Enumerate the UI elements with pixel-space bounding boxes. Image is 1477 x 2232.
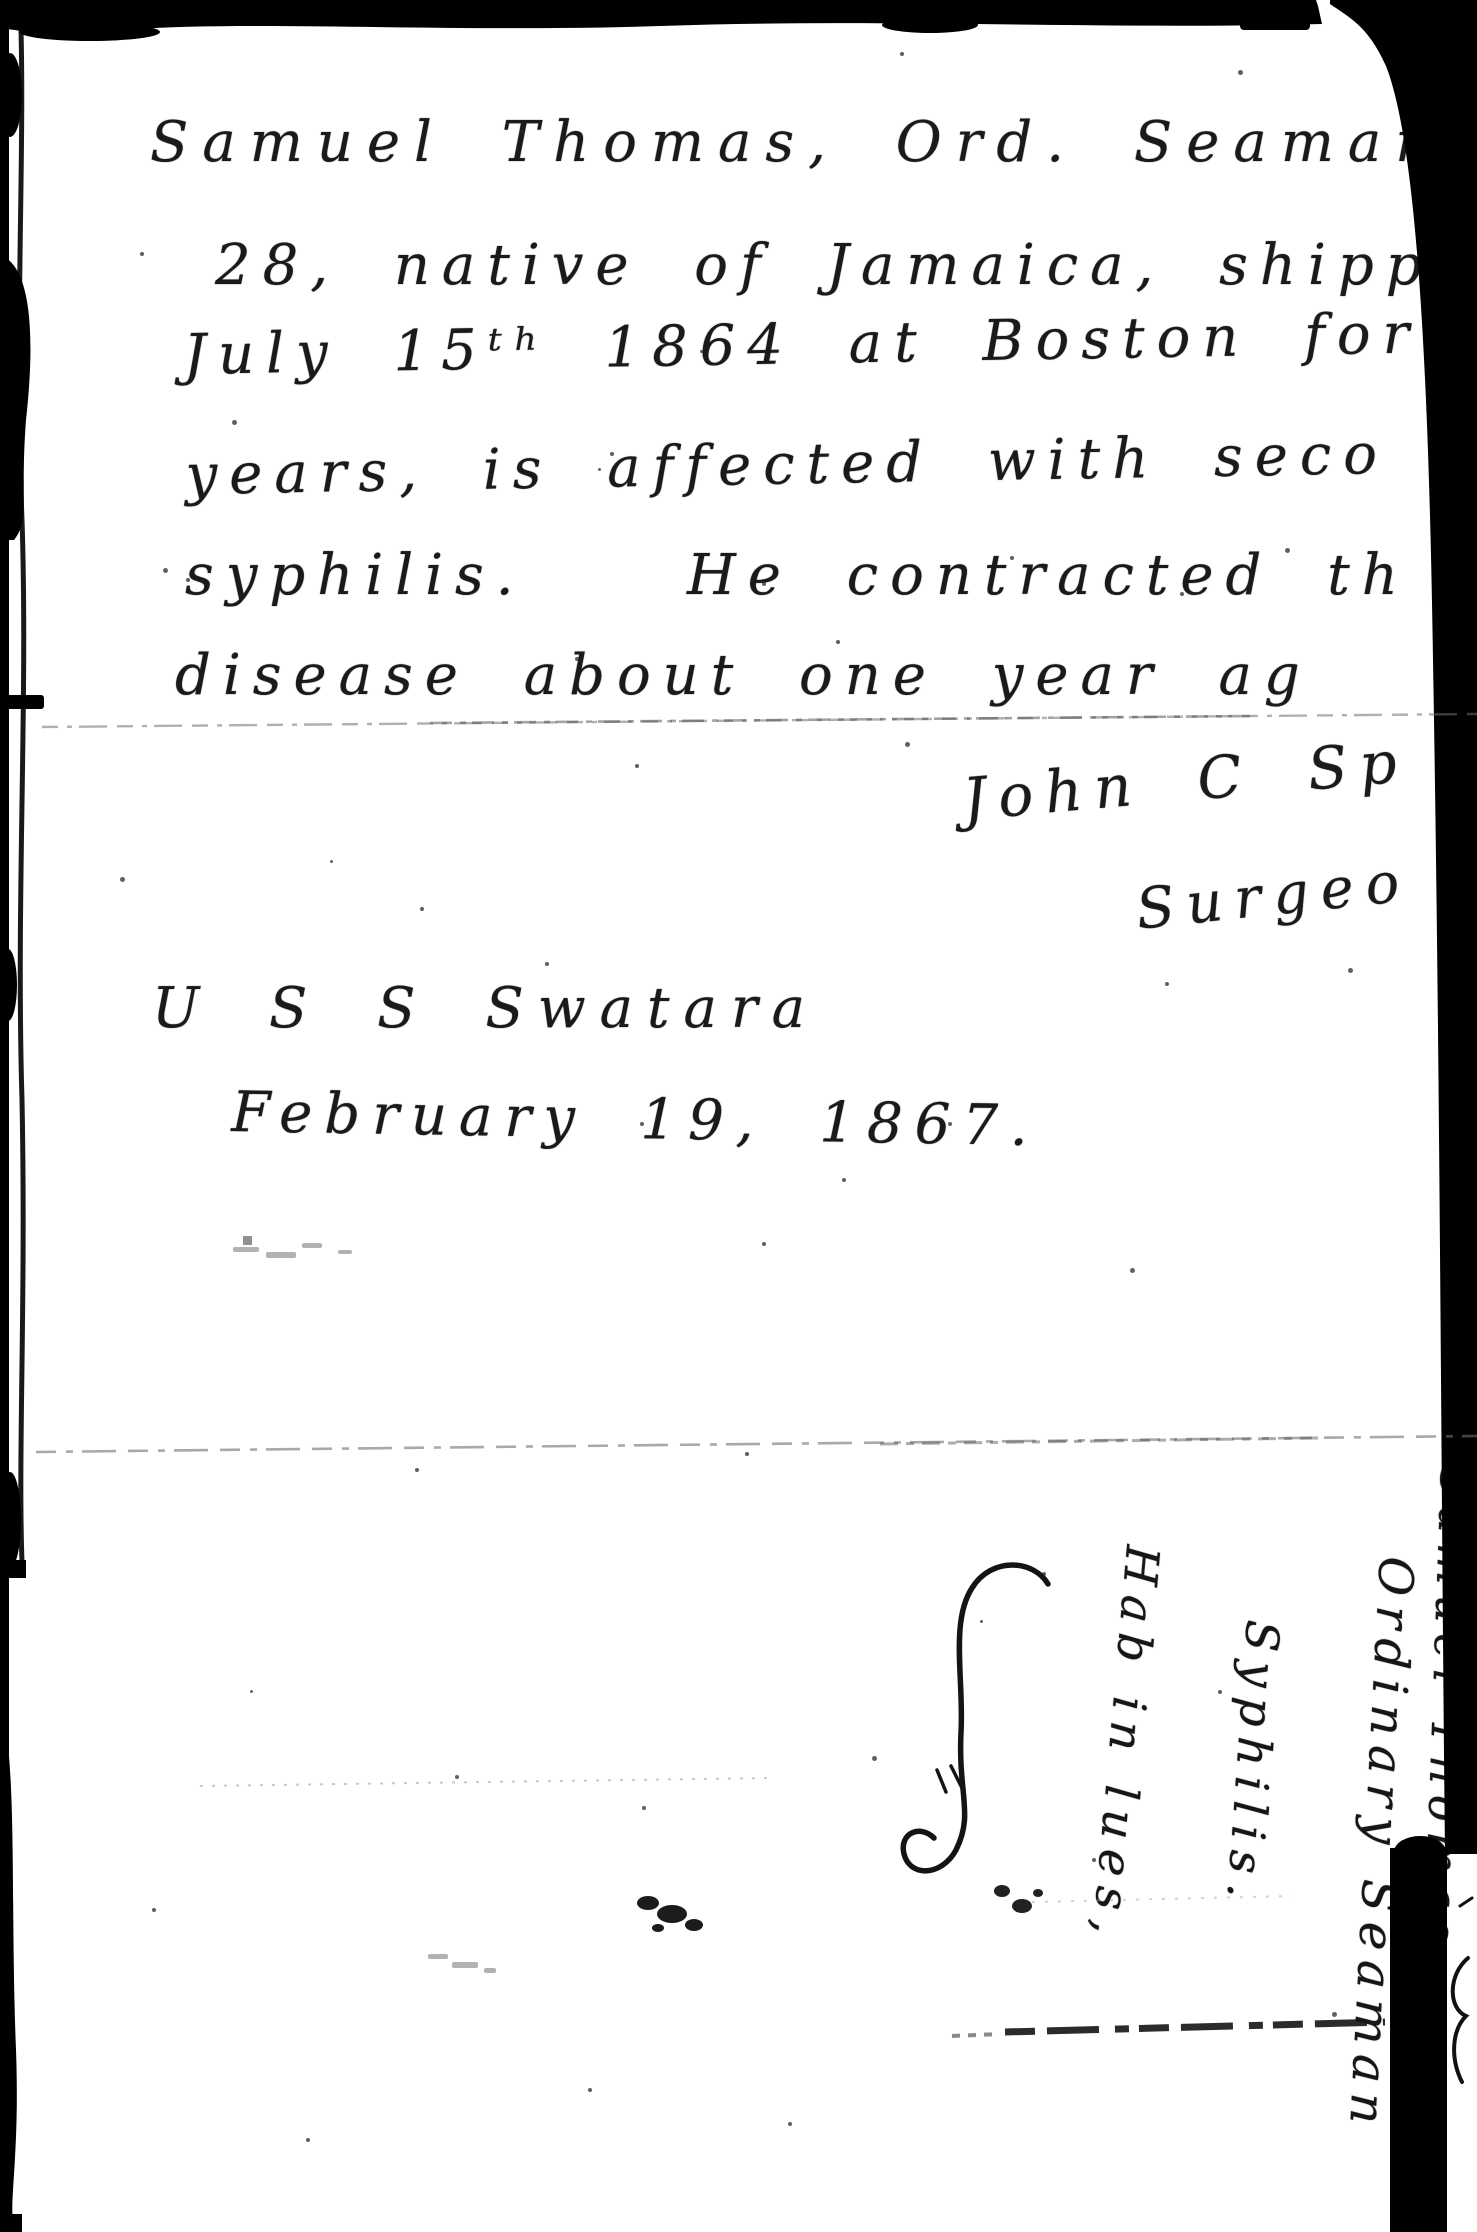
ink-speck xyxy=(762,1242,766,1246)
smudge-gray xyxy=(233,1236,352,1258)
handwritten-line-4: years, is affected with seco xyxy=(185,422,1389,508)
ink-speck xyxy=(640,1122,644,1126)
ink-speck xyxy=(836,640,840,644)
ink-speck xyxy=(872,1756,877,1761)
ink-speck xyxy=(610,452,614,456)
handwritten-line-3: July 15ᵗʰ 1864 at Boston for thre xyxy=(183,298,1477,388)
ink-speck xyxy=(1100,330,1104,334)
ink-speck xyxy=(905,742,910,747)
ink-speck xyxy=(186,578,190,582)
ink-speck xyxy=(1010,556,1014,560)
ink-speck xyxy=(1238,70,1243,75)
handwritten-line-6: disease about one year ag xyxy=(175,643,1312,708)
smudge-dots xyxy=(994,1885,1043,1913)
ink-speck xyxy=(152,1908,156,1912)
ink-speck xyxy=(306,2138,310,2142)
ink-speck xyxy=(1180,592,1184,596)
ink-speck xyxy=(250,1690,253,1693)
ink-speck xyxy=(420,907,424,911)
ink-speck xyxy=(545,962,549,966)
docket-rating: Ordinary Seaman xyxy=(1338,1555,1424,2135)
ink-speck xyxy=(842,1178,846,1182)
ink-speck xyxy=(1042,1572,1046,1576)
ship-name: U S S Swatara xyxy=(152,976,819,1041)
handwritten-line-5: syphilis. He contracted th xyxy=(185,543,1410,608)
ink-speck xyxy=(1332,2012,1337,2017)
docket-name-partial: Samuel Thomas xyxy=(1413,1466,1477,1953)
fold-line-lower xyxy=(36,1436,1477,1452)
smudge-dark xyxy=(637,1896,703,1932)
ink-speck xyxy=(1348,968,1353,973)
ink-speck xyxy=(980,1620,983,1623)
ink-speck xyxy=(163,568,168,573)
ink-speck xyxy=(642,1806,646,1810)
docket-note: Hab in lues, xyxy=(1081,1543,1170,1947)
left-binding-border xyxy=(0,0,9,2232)
handwritten-line-2: 28, native of Jamaica, shipp xyxy=(215,233,1434,298)
ink-speck xyxy=(745,1452,749,1456)
date-line: February 19, 1867. xyxy=(231,1080,1040,1159)
ink-speck xyxy=(232,420,237,425)
ink-speck xyxy=(575,657,579,661)
docket-disease: Syphilis. xyxy=(1216,1618,1290,1910)
ink-speck xyxy=(120,877,125,882)
signature-name: John C Sp xyxy=(960,727,1411,834)
ink-speck xyxy=(1130,1268,1135,1273)
ink-speck xyxy=(948,1122,952,1126)
handwritten-line-1: Samuel Thomas, Ord. Seaman, xyxy=(150,110,1477,175)
ink-speck xyxy=(520,130,524,134)
ink-speck xyxy=(330,860,333,863)
s-flourish xyxy=(903,1565,1048,1871)
ink-speck xyxy=(900,52,904,56)
top-scan-border xyxy=(0,0,1322,36)
ink-speck xyxy=(1218,1690,1222,1694)
smudge-streak xyxy=(428,1954,496,1973)
ink-speck xyxy=(140,252,144,256)
signature-title: Surgeo xyxy=(1133,849,1414,942)
ink-speck xyxy=(1285,548,1290,553)
ink-speck xyxy=(762,582,766,586)
ink-speck xyxy=(788,2122,792,2126)
ink-speck xyxy=(1165,982,1169,986)
ink-speck xyxy=(1420,58,1424,62)
document-page: Samuel Thomas, Ord. Seaman, 28, native o… xyxy=(0,0,1477,2232)
ink-speck xyxy=(1092,1858,1096,1862)
ink-speck xyxy=(635,764,639,768)
ink-speck xyxy=(700,350,703,353)
fold-line-upper xyxy=(42,714,1477,727)
ink-speck xyxy=(415,1468,419,1472)
ink-speck xyxy=(588,2088,592,2092)
ink-speck xyxy=(455,1775,459,1779)
ink-speck xyxy=(598,468,601,471)
